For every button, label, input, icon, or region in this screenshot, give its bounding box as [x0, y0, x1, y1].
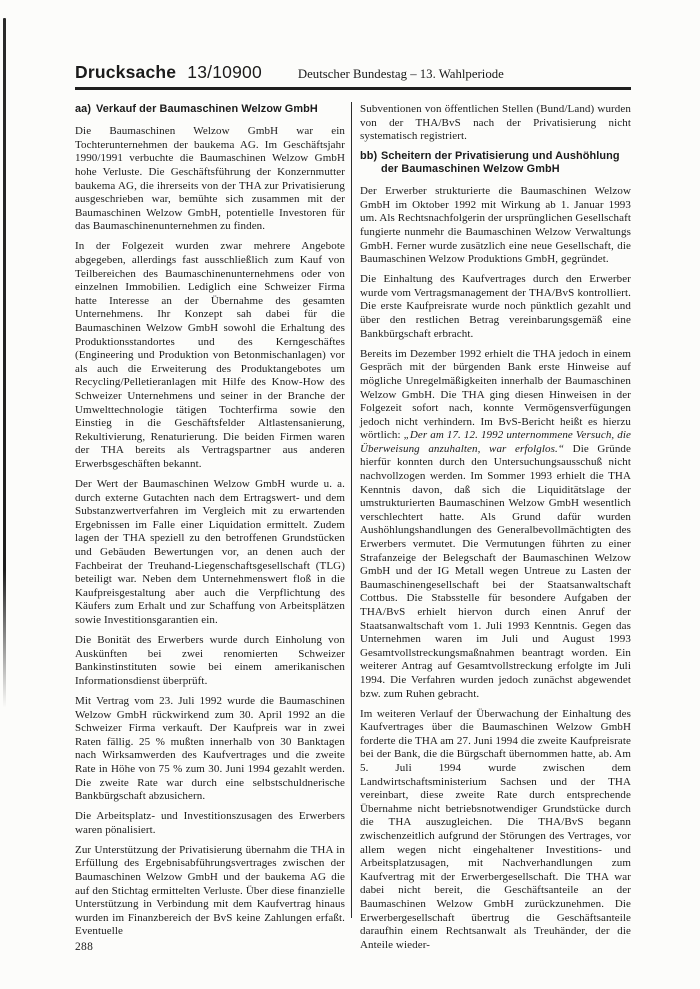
document-page: Drucksache 13/10900 Deutscher Bundestag …: [0, 0, 700, 989]
paragraph: Subventionen von öffentlichen Stellen (B…: [360, 103, 631, 144]
subheading-bb-text: Scheitern der Privatisierung und Aushöhl…: [381, 150, 631, 176]
right-column: Subventionen von öffentlichen Stellen (B…: [360, 103, 631, 952]
document-number-label: Drucksache: [75, 62, 176, 82]
document-number: Drucksache 13/10900: [75, 62, 262, 83]
subheading-aa-label: aa): [75, 103, 96, 116]
paragraph-text: Bereits im Dezember 1992 erhielt die THA…: [360, 348, 631, 442]
subheading-bb: bb) Scheitern der Privatisierung und Aus…: [360, 150, 631, 176]
scan-spine-shadow: [3, 18, 6, 708]
document-number-value: 13/10900: [187, 62, 262, 82]
paragraph: Der Wert der Baumaschinen Welzow GmbH wu…: [75, 478, 345, 628]
paragraph: Im weiteren Verlauf der Überwachung der …: [360, 708, 631, 953]
subheading-aa: aa) Verkauf der Baumaschinen Welzow GmbH: [75, 103, 345, 116]
header-rule: [75, 87, 631, 90]
left-column: aa) Verkauf der Baumaschinen Welzow GmbH…: [75, 103, 345, 939]
paragraph: Mit Vertrag vom 23. Juli 1992 wurde die …: [75, 695, 345, 804]
paragraph: Zur Unterstützung der Privatisierung übe…: [75, 844, 345, 939]
document-header: Drucksache 13/10900 Deutscher Bundestag …: [75, 62, 631, 83]
legislature-label: Deutscher Bundestag – 13. Wahlperiode: [298, 67, 504, 82]
paragraph: Die Baumaschinen Welzow GmbH war ein Toc…: [75, 125, 345, 234]
paragraph: Bereits im Dezember 1992 erhielt die THA…: [360, 348, 631, 701]
page-number: 288: [75, 941, 93, 953]
column-divider: [351, 102, 352, 918]
paragraph-text: Die Gründe hierfür konnten durch den Unt…: [360, 443, 631, 700]
paragraph: Der Erwerber strukturierte die Baumaschi…: [360, 185, 631, 267]
subheading-aa-text: Verkauf der Baumaschinen Welzow GmbH: [96, 103, 345, 116]
paragraph: In der Folgezeit wurden zwar mehrere Ang…: [75, 240, 345, 471]
paragraph: Die Arbeitsplatz- und Investitionszusage…: [75, 810, 345, 837]
subheading-bb-label: bb): [360, 150, 381, 176]
paragraph: Die Bonität des Erwerbers wurde durch Ei…: [75, 634, 345, 688]
paragraph: Die Einhaltung des Kaufvertrages durch d…: [360, 273, 631, 341]
